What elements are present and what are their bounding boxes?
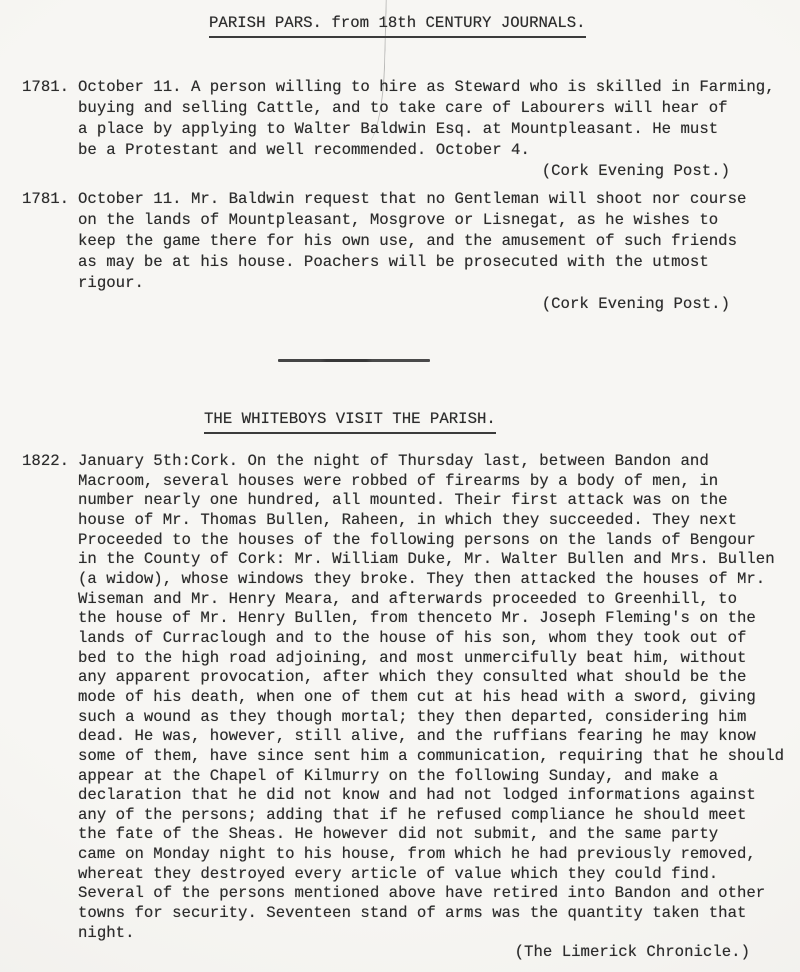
entry-source-citation: (The Limerick Chronicle.) [22, 943, 792, 963]
entry-row: 1822. January 5th:Cork. On the night of … [22, 452, 792, 943]
journal-entry-1781-poaching: 1781. October 11. Mr. Baldwin request th… [22, 189, 792, 315]
entry-row: 1781. October 11. A person willing to hi… [22, 77, 792, 161]
entry-text: October 11. Mr. Baldwin request that no … [78, 189, 746, 294]
entry-year: 1781. [22, 77, 78, 161]
section-title-whiteboys: THE WHITEBOYS VISIT THE PARISH. [204, 410, 496, 434]
entry-row: 1781. October 11. Mr. Baldwin request th… [22, 189, 792, 294]
section-divider-rule [278, 359, 430, 362]
entry-source-citation: (Cork Evening Post.) [22, 294, 792, 315]
entry-text: January 5th:Cork. On the night of Thursd… [78, 452, 784, 943]
entry-text: October 11. A person willing to hire as … [78, 77, 775, 161]
entry-year: 1822. [22, 452, 78, 943]
entry-source-citation: (Cork Evening Post.) [22, 161, 792, 182]
journal-entry-1822-whiteboys: 1822. January 5th:Cork. On the night of … [22, 452, 792, 963]
entry-year: 1781. [22, 189, 78, 294]
scanned-journal-page: PARISH PARS. from 18th CENTURY JOURNALS.… [0, 0, 800, 972]
section-title-parish-pars: PARISH PARS. from 18th CENTURY JOURNALS. [209, 14, 586, 38]
journal-entry-1781-steward: 1781. October 11. A person willing to hi… [22, 77, 792, 182]
